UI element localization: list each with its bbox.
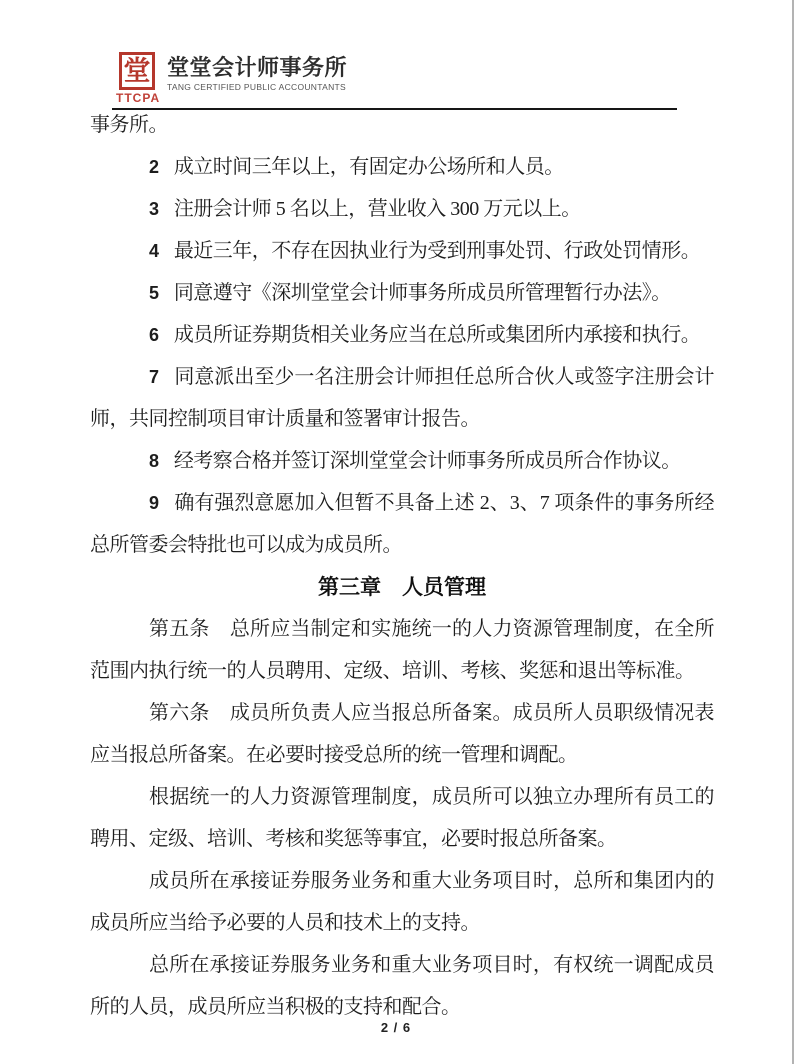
chapter-heading: 第三章 人员管理 [90,566,714,608]
item-text: 确有强烈意愿加入但暂不具备上述 2、3、7 项条件的事务所经总所管委会特批也可以… [90,492,714,556]
body-paragraph: 第五条 总所应当制定和实施统一的人力资源管理制度，在全所范围内执行统一的人员聘用… [90,608,714,692]
company-name-en: TANG CERTIFIED PUBLIC ACCOUNTANTS [167,83,347,92]
body-paragraph: 总所在承接证券服务业务和重大业务项目时，有权统一调配成员所的人员，成员所应当积极… [90,944,714,1028]
list-item: 9确有强烈意愿加入但暂不具备上述 2、3、7 项条件的事务所经总所管委会特批也可… [90,482,714,566]
document-body: 事务所。 2成立时间三年以上，有固定办公场所和人员。 3注册会计师 5 名以上，… [90,104,714,1028]
item-number: 4 [149,241,159,261]
paragraph-continuation: 事务所。 [90,104,714,146]
item-number: 5 [149,283,159,303]
item-text: 注册会计师 5 名以上，营业收入 300 万元以上。 [174,198,581,220]
letterhead: 堂 TTCPA 堂堂会计师事务所 TANG CERTIFIED PUBLIC A… [116,52,347,104]
item-text: 成立时间三年以上，有固定办公场所和人员。 [174,156,564,178]
list-item: 5同意遵守《深圳堂堂会计师事务所成员所管理暂行办法》。 [90,272,714,314]
item-number: 8 [149,451,159,471]
list-item: 3注册会计师 5 名以上，营业收入 300 万元以上。 [90,188,714,230]
item-number: 3 [149,199,159,219]
logo-seal-character: 堂 [124,58,151,85]
item-text: 最近三年，不存在因执业行为受到刑事处罚、行政处罚情形。 [174,240,701,262]
body-paragraph: 成员所在承接证券服务业务和重大业务项目时，总所和集团内的成员所应当给予必要的人员… [90,860,714,944]
item-number: 6 [149,325,159,345]
body-paragraph: 根据统一的人力资源管理制度，成员所可以独立办理所有员工的聘用、定级、培训、考核和… [90,776,714,860]
body-paragraph: 第六条 成员所负责人应当报总所备案。成员所人员职级情况表应当报总所备案。在必要时… [90,692,714,776]
logo-abbreviation: TTCPA [116,92,158,104]
page-footer: 2 / 6 [0,1020,792,1035]
item-number: 2 [149,157,159,177]
list-item: 8经考察合格并签订深圳堂堂会计师事务所成员所合作协议。 [90,440,714,482]
company-name-cn: 堂堂会计师事务所 [167,55,347,80]
list-item: 6成员所证券期货相关业务应当在总所或集团所内承接和执行。 [90,314,714,356]
list-item: 7同意派出至少一名注册会计师担任总所合伙人或签字注册会计师，共同控制项目审计质量… [90,356,714,440]
item-number: 9 [149,493,159,513]
item-text: 同意遵守《深圳堂堂会计师事务所成员所管理暂行办法》。 [174,282,671,304]
list-item: 4最近三年，不存在因执业行为受到刑事处罚、行政处罚情形。 [90,230,714,272]
logo-seal-icon: 堂 [119,52,155,90]
document-page: 堂 TTCPA 堂堂会计师事务所 TANG CERTIFIED PUBLIC A… [0,0,794,1064]
company-logo: 堂 TTCPA [116,52,158,104]
list-item: 2成立时间三年以上，有固定办公场所和人员。 [90,146,714,188]
page-number-indicator: 2 / 6 [381,1020,411,1035]
item-text: 经考察合格并签订深圳堂堂会计师事务所成员所合作协议。 [174,450,681,472]
item-number: 7 [149,367,159,387]
company-name-block: 堂堂会计师事务所 TANG CERTIFIED PUBLIC ACCOUNTAN… [167,52,347,92]
item-text: 同意派出至少一名注册会计师担任总所合伙人或签字注册会计师，共同控制项目审计质量和… [90,366,714,430]
item-text: 成员所证券期货相关业务应当在总所或集团所内承接和执行。 [174,324,701,346]
